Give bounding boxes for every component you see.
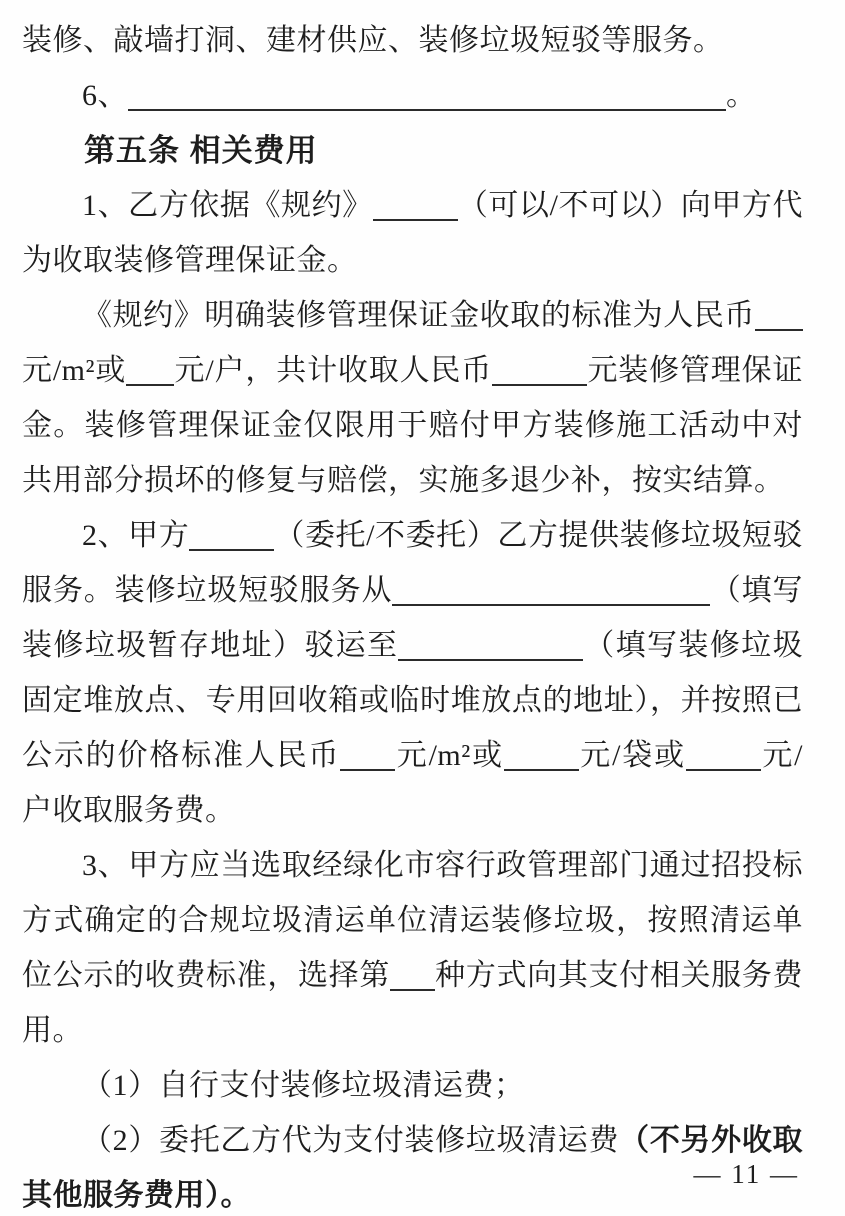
clause-1-detail-paragraph: 《规约》明确装修管理保证金收取的标准为人民币元/m²或元/户，共计收取人民币元装… xyxy=(22,288,803,508)
fee-per-sqm-blank xyxy=(340,741,395,771)
deposit-total-blank xyxy=(492,356,587,386)
clause-3-paragraph: 3、甲方应当选取经绿化市容行政管理部门通过招投标方式确定的合规垃圾清运单位清运装… xyxy=(22,838,803,1058)
item-6-period: 。 xyxy=(726,79,757,112)
section-heading: 第五条 相关费用 xyxy=(22,123,803,178)
intro-tail-text: 装修、敲墙打洞、建材供应、装修垃圾短驳等服务。 xyxy=(22,24,724,57)
clause-2-text-f: 元/袋或 xyxy=(579,739,686,772)
option-2-text: （2）委托乙方代为支付装修垃圾清运费 xyxy=(82,1124,619,1157)
payment-method-number-blank xyxy=(390,961,435,991)
clause-1-detail-text-b: 元/m²或 xyxy=(22,354,126,387)
option-2-paragraph: （2）委托乙方代为支付装修垃圾清运费（不另外收取其他服务费用）。 xyxy=(22,1113,803,1216)
fee-per-household-blank xyxy=(686,741,761,771)
section-heading-text: 第五条 相关费用 xyxy=(84,133,318,168)
clause-1-detail-text-c: 元/户，共计收取人民币 xyxy=(174,354,492,387)
clause-1-detail-text-a: 《规约》明确装修管理保证金收取的标准为人民币 xyxy=(82,299,755,332)
waste-temp-address-blank xyxy=(392,576,710,606)
waste-destination-blank xyxy=(398,631,583,661)
item-6-number: 6、 xyxy=(82,79,128,112)
deposit-per-household-blank xyxy=(126,356,174,386)
clause-1-text-a: 1、乙方依据《规约》 xyxy=(82,189,373,222)
clause-2-text-a: 2、甲方 xyxy=(82,519,189,552)
intro-tail-line: 装修、敲墙打洞、建材供应、装修垃圾短驳等服务。 xyxy=(22,13,803,68)
deposit-per-sqm-blank xyxy=(755,301,803,331)
item-6-fill-blank xyxy=(128,81,726,111)
option-1-line: （1）自行支付装修垃圾清运费； xyxy=(22,1058,803,1113)
entrust-choice-blank xyxy=(189,521,274,551)
page-number: — 11 — xyxy=(694,1147,800,1202)
clause-2-paragraph: 2、甲方（委托/不委托）乙方提供装修垃圾短驳服务。装修垃圾短驳服务从（填写装修垃… xyxy=(22,508,803,838)
clause-2-text-e: 元/m²或 xyxy=(395,739,504,772)
fee-per-bag-blank xyxy=(504,741,579,771)
item-6-line: 6、。 xyxy=(22,68,803,123)
clause-1-paragraph: 1、乙方依据《规约》（可以/不可以）向甲方代为收取装修管理保证金。 xyxy=(22,178,803,288)
contract-document-page: 装修、敲墙打洞、建材供应、装修垃圾短驳等服务。 6、。 第五条 相关费用 1、乙… xyxy=(0,0,845,1216)
option-1-text: （1）自行支付装修垃圾清运费； xyxy=(82,1069,525,1102)
clause-1-fill-blank xyxy=(373,191,458,221)
